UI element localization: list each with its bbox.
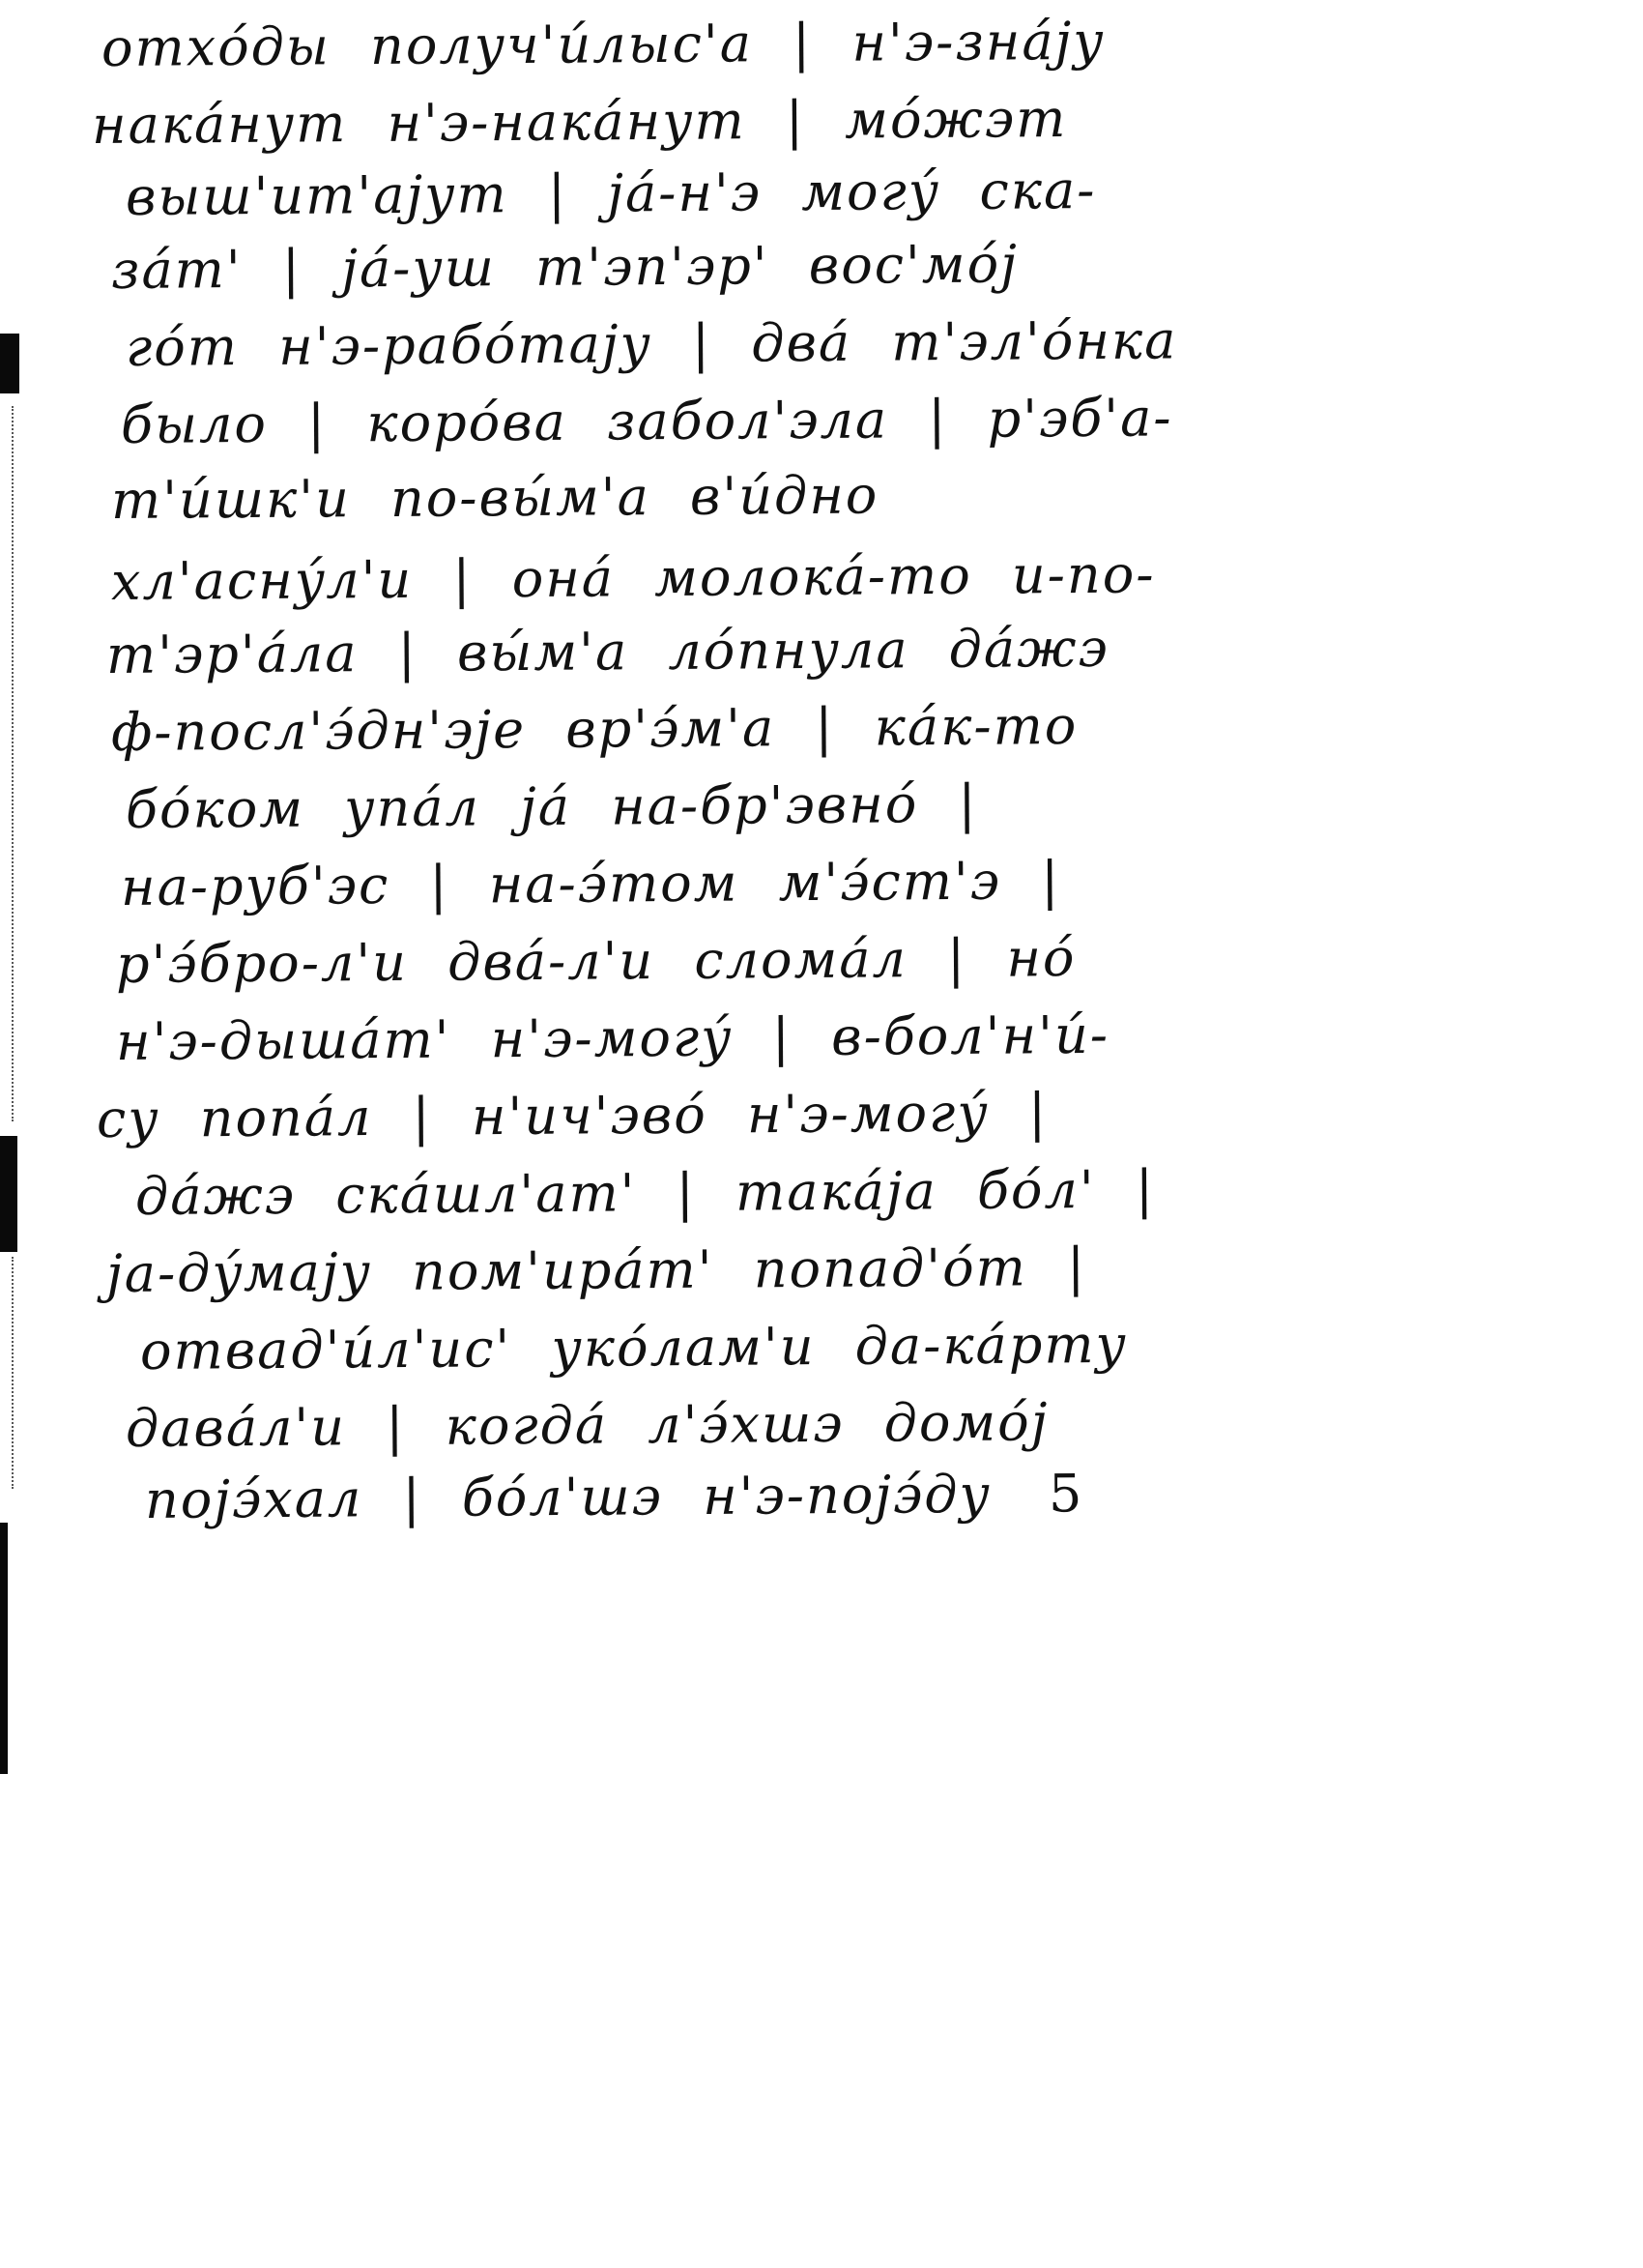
scan-artifact-bottom	[0, 1523, 8, 1774]
text-line-3: выш'ит'ајут | јá-н'э могý ска-	[126, 160, 1097, 227]
text-line-11: бóком упáл јá на-бр'эвнó |	[126, 773, 978, 840]
text-line-20-content: појэ́хал | бóл'шэ н'э-појэ́ду	[145, 1464, 992, 1530]
text-line-16: дáжэ скáшл'ат' | такáја бóл' |	[135, 1159, 1155, 1227]
scan-dotted-edge-lower	[12, 1257, 17, 1489]
text-line-5: гóт н'э-рабóтају | двá т'эл'óнка	[126, 309, 1178, 378]
scan-dotted-edge	[12, 406, 17, 1121]
scanned-page: отхóды получ'úлыс'а | н'э-знájу накáнут …	[0, 0, 1643, 2268]
scan-artifact-top	[0, 334, 19, 393]
text-line-2: накáнут н'э-накáнут | мóжэт	[92, 88, 1068, 156]
scan-artifact-middle	[0, 1136, 17, 1252]
text-line-7: т'úшк'и по-вы́м'а в'úдно	[111, 464, 879, 531]
text-line-8: хл'аснýл'и | онá молокá-то и-по-	[111, 543, 1156, 612]
text-line-15: су попáл | н'ич'эвó н'э-могý |	[97, 1082, 1049, 1149]
text-line-18: отвад'úл'ис' укóлам'и да-кáрту	[140, 1314, 1128, 1381]
text-line-20: појэ́хал | бóл'шэ н'э-појэ́ду 5	[145, 1463, 1084, 1530]
text-line-10: ф-посл'э́дн'эје вр'э́м'а | кáк-то	[111, 695, 1079, 763]
text-line-13: р'э́бро-л'и двá-л'и сломáл | нó	[116, 927, 1077, 995]
text-line-6: было | корóва забол'эла | р'эб'а-	[121, 387, 1173, 455]
text-line-9: т'эр'áла | вы́м'а лóпнула дáжэ	[106, 618, 1110, 685]
text-line-1: отхóды получ'úлыс'а | н'э-знájу	[101, 11, 1106, 78]
text-line-4: зáт' | јá-уш т'эп'эр' вос'мóј	[111, 233, 1019, 301]
text-line-14: н'э-дышáт' н'э-могý | в-бол'н'ú-	[116, 1004, 1110, 1072]
text-line-17: ја-дýмају пом'ирáт' попад'óт |	[106, 1236, 1087, 1304]
page-number: 5	[1049, 1463, 1084, 1524]
text-line-19: давáл'и | когдá л'э́хшэ домóј	[126, 1391, 1050, 1459]
text-line-12: на-руб'эс | на-э́том м'э́ст'э |	[121, 850, 1061, 917]
